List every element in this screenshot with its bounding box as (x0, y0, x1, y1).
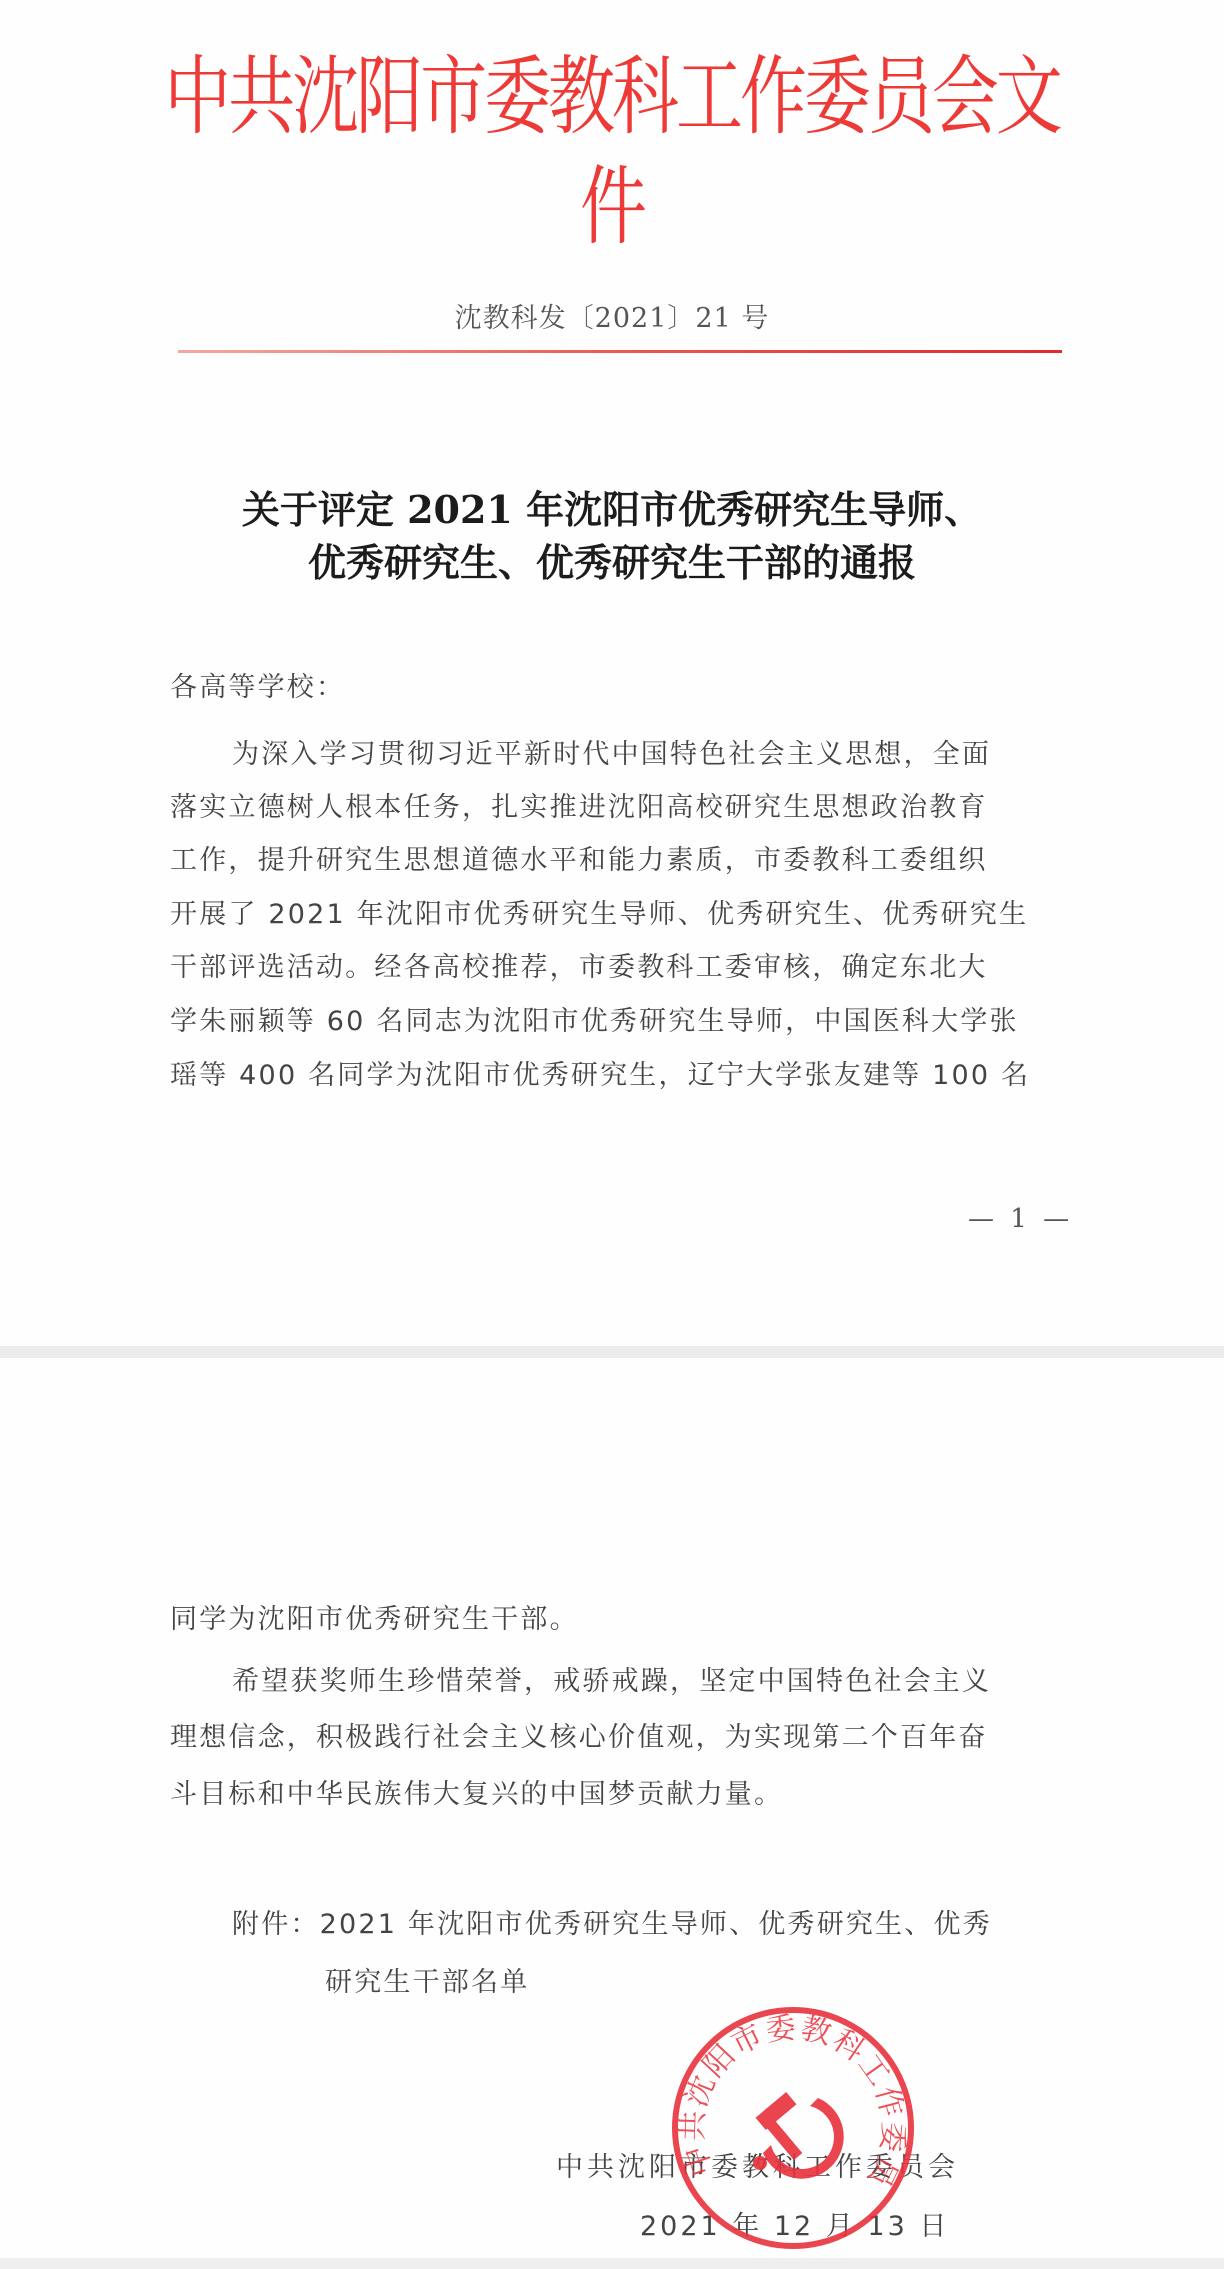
seal-icon: 中共沈阳市委教科工作委员会 (668, 2003, 918, 2253)
document-title-line-2: 优秀研究生、优秀研究生干部的通报 (0, 537, 1224, 589)
body-line: 开展了 2021 年沈阳市优秀研究生导师、优秀研究生、优秀研究生 (170, 895, 1070, 935)
page-separator (0, 1346, 1224, 1358)
body-line: 同学为沈阳市优秀研究生干部。 (170, 1600, 1070, 1640)
salutation: 各高等学校： (170, 668, 1070, 708)
red-divider-rule (178, 350, 1062, 353)
body-line: 工作，提升研究生思想道德水平和能力素质，市委教科工委组织 (170, 841, 1070, 881)
attachment-line-1: 附件：2021 年沈阳市优秀研究生导师、优秀研究生、优秀 (232, 1905, 1132, 1945)
body-line: 干部评选活动。经各高校推荐，市委教科工委审核，确定东北大 (170, 948, 1070, 988)
body-line: 理想信念，积极践行社会主义核心价值观，为实现第二个百年奋 (170, 1718, 1070, 1758)
page-number: — 1 — (968, 1204, 1073, 1234)
body-line: 为深入学习贯彻习近平新时代中国特色社会主义思想，全面 (232, 735, 1132, 775)
body-line: 落实立德树人根本任务，扎实推进沈阳高校研究生思想政治教育 (170, 788, 1070, 828)
body-line: 瑶等 400 名同学为沈阳市优秀研究生，辽宁大学张友建等 100 名 (170, 1056, 1070, 1096)
body-line: 斗目标和中华民族伟大复兴的中国梦贡献力量。 (170, 1775, 1070, 1815)
attachment-line-2: 研究生干部名单 (325, 1963, 1224, 2003)
document-title-line-1: 关于评定 2021 年沈阳市优秀研究生导师、 (0, 484, 1224, 536)
official-seal-stamp: 中共沈阳市委教科工作委员会 (668, 2003, 918, 2253)
issuer-red-header: 中共沈阳市委教科工作委员会文件 (135, 42, 1090, 262)
body-line: 学朱丽颖等 60 名同志为沈阳市优秀研究生导师，中国医科大学张 (170, 1002, 1070, 1042)
document-page-1: 中共沈阳市委教科工作委员会文件 沈教科发〔2021〕21 号 关于评定 2021… (0, 0, 1224, 1346)
page-bottom-edge (0, 2258, 1224, 2269)
hammer-sickle-icon (753, 2092, 844, 2179)
body-line: 希望获奖师生珍惜荣誉，戒骄戒躁，坚定中国特色社会主义 (232, 1662, 1132, 1702)
document-number: 沈教科发〔2021〕21 号 (0, 296, 1224, 335)
